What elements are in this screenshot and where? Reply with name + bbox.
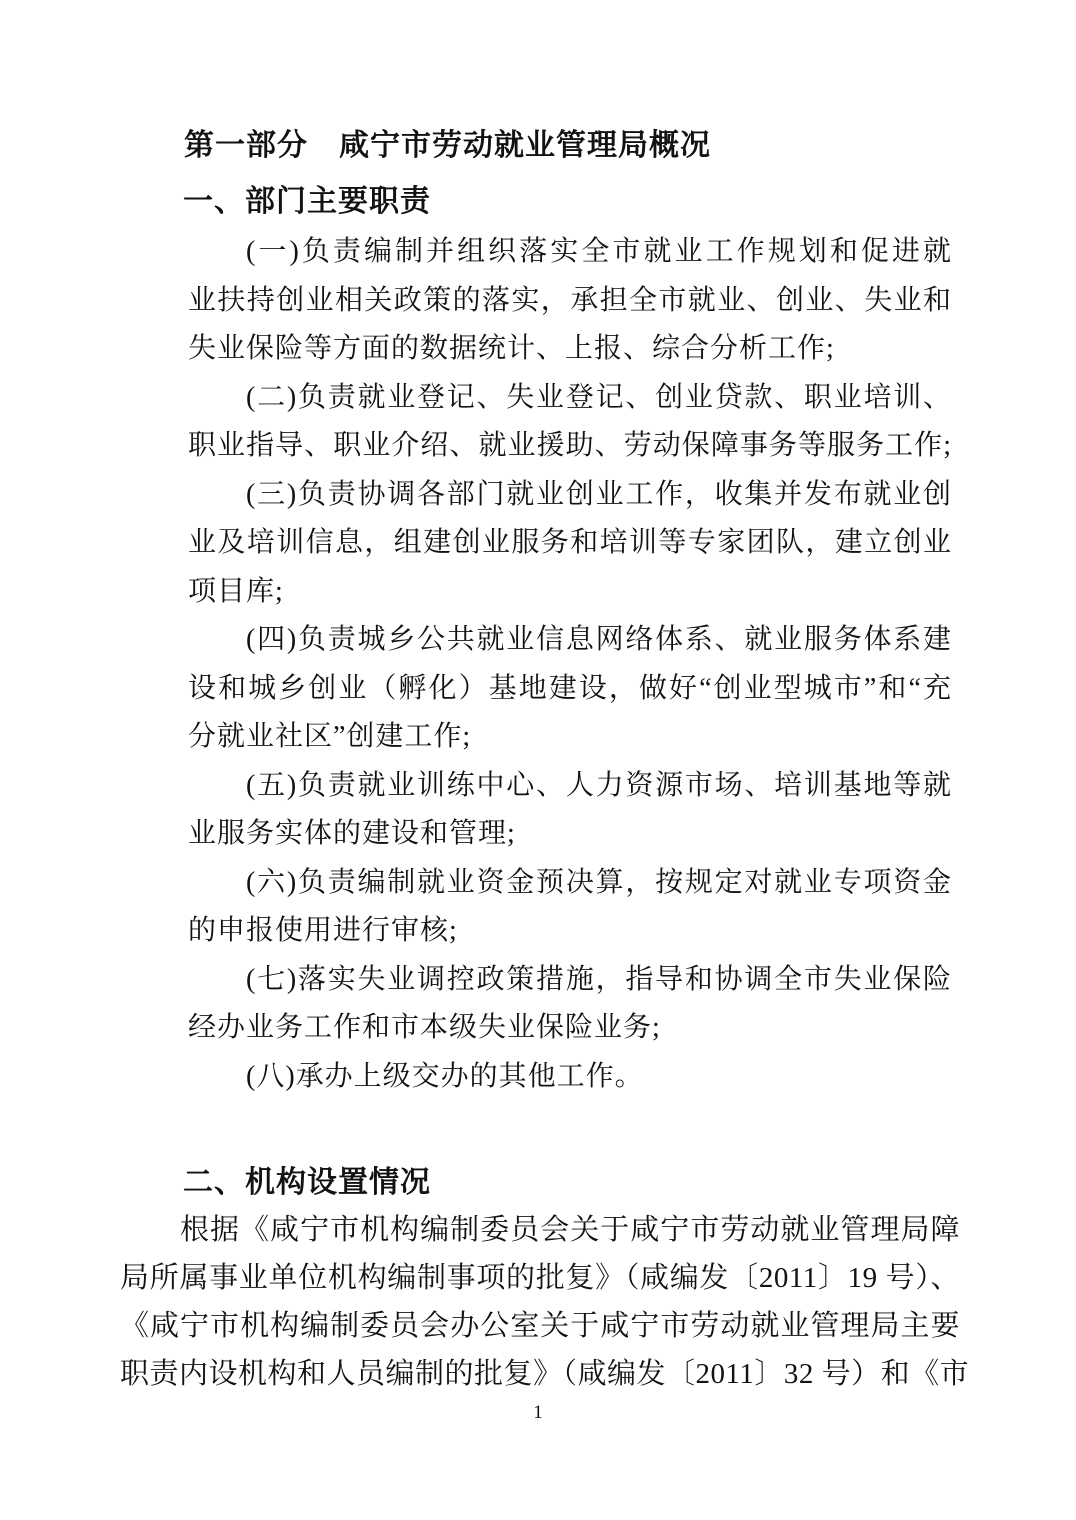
text-line: (八)承办上级交办的其他工作。 bbox=[188, 1053, 952, 1102]
text-line: 业及培训信息，组建创业服务和培训等专家团队，建立创业 bbox=[188, 519, 952, 568]
text-line: 《咸宁市机构编制委员会办公室关于咸宁市劳动就业管理局主要 bbox=[120, 1302, 960, 1350]
text-line: 经办业务工作和市本级失业保险业务; bbox=[188, 1004, 952, 1053]
text-line: (三)负责协调各部门就业创业工作，收集并发布就业创 bbox=[188, 471, 952, 520]
section-heading-organization: 二、机构设置情况 bbox=[183, 1163, 431, 1203]
text-line: 业服务实体的建设和管理; bbox=[188, 810, 952, 859]
page-number: 1 bbox=[0, 1402, 1076, 1424]
text-line: 局所属事业单位机构编制事项的批复》（咸编发〔2011〕19 号）、 bbox=[120, 1254, 960, 1302]
text-line: 职业指导、职业介绍、就业援助、劳动保障事务等服务工作; bbox=[188, 422, 952, 471]
text-line: 项目库; bbox=[188, 568, 952, 617]
text-line: 根据《咸宁市机构编制委员会关于咸宁市劳动就业管理局障 bbox=[120, 1206, 960, 1254]
text-line: (五)负责就业训练中心、人力资源市场、培训基地等就 bbox=[188, 762, 952, 811]
text-line: 分就业社区”创建工作; bbox=[188, 713, 952, 762]
text-line: 职责内设机构和人员编制的批复》（咸编发〔2011〕32 号）和《市 bbox=[120, 1350, 960, 1398]
section-body-organization: 根据《咸宁市机构编制委员会关于咸宁市劳动就业管理局障局所属事业单位机构编制事项的… bbox=[120, 1206, 960, 1398]
text-line: (七)落实失业调控政策措施，指导和协调全市失业保险 bbox=[188, 956, 952, 1005]
text-line: 的申报使用进行审核; bbox=[188, 907, 952, 956]
text-line: 业扶持创业相关政策的落实，承担全市就业、创业、失业和 bbox=[188, 277, 952, 326]
text-line: (六)负责编制就业资金预决算，按规定对就业专项资金 bbox=[188, 859, 952, 908]
text-line: (四)负责城乡公共就业信息网络体系、就业服务体系建 bbox=[188, 616, 952, 665]
document-page: 第一部分 咸宁市劳动就业管理局概况 一、部门主要职责 (一)负责编制并组织落实全… bbox=[0, 0, 1076, 1520]
text-line: (一)负责编制并组织落实全市就业工作规划和促进就 bbox=[188, 228, 952, 277]
part-title: 第一部分 咸宁市劳动就业管理局概况 bbox=[184, 126, 711, 166]
text-line: (二)负责就业登记、失业登记、创业贷款、职业培训、 bbox=[188, 374, 952, 423]
section-body-duties: (一)负责编制并组织落实全市就业工作规划和促进就业扶持创业相关政策的落实，承担全… bbox=[188, 228, 952, 1101]
text-line: 失业保险等方面的数据统计、上报、综合分析工作; bbox=[188, 325, 952, 374]
section-heading-duties: 一、部门主要职责 bbox=[183, 182, 431, 222]
text-line: 设和城乡创业（孵化）基地建设，做好“创业型城市”和“充 bbox=[188, 665, 952, 714]
